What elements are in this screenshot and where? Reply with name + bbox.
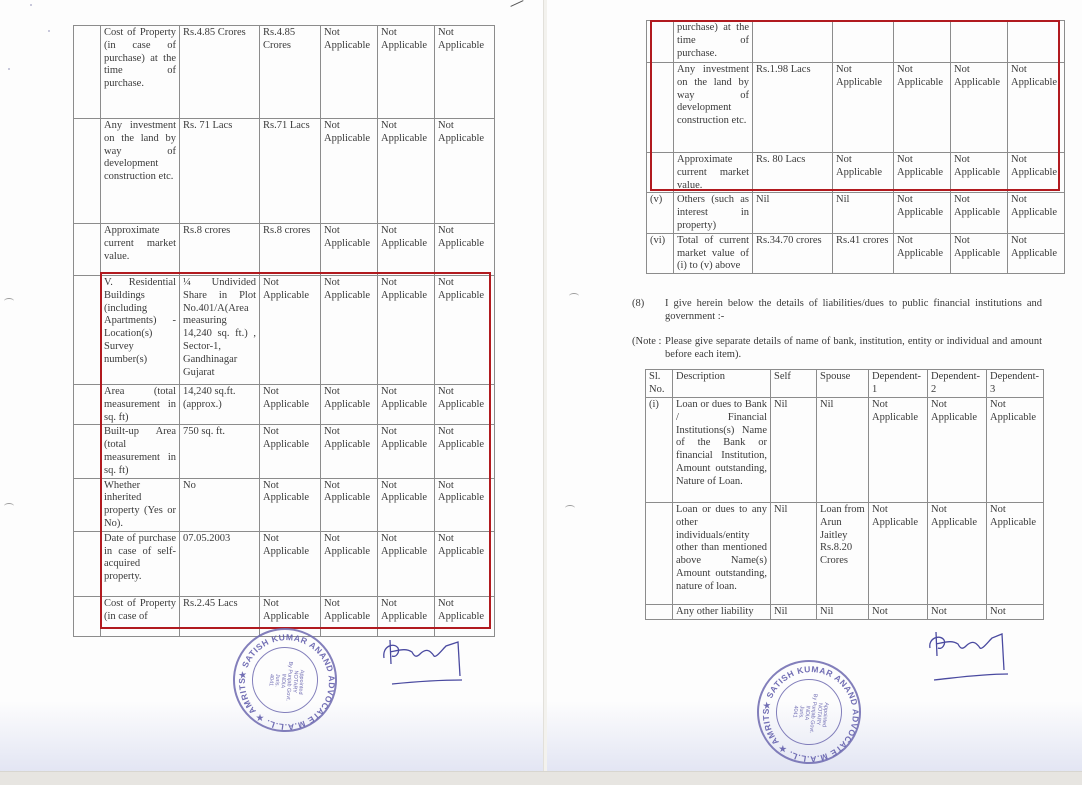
punch-hole-mark [569,293,579,299]
cell-description: Approximate current market value. [101,224,180,276]
cell-dep3: Not Applicable [435,478,495,531]
cell-dep3: Not Applicable [435,531,495,596]
cell-dep3: Not Applicable [435,224,495,276]
cell-dep2: Not Applicable [378,531,435,596]
cell-description: purchase) at the time of purchase. [674,21,753,63]
section-text: I give herein below the details of liabi… [665,297,1042,323]
cell-spouse [833,21,894,63]
table-row: Loan or dues to any other individuals/en… [646,503,1044,605]
cell-description: Built-up Area (total measurement in sq. … [101,425,180,478]
table-row: Area (total measurement in sq. ft)14,240… [74,385,495,425]
cell-sl: (i) [646,398,673,503]
note-paragraph: (Note : Please give separate details of … [632,335,1042,361]
cell-description: Cost of Property (in case of [101,596,180,636]
cell-description: V. Residential Buildings (including Apar… [101,276,180,385]
cell-dep2: Not Applicable [928,503,987,605]
cell-dep2: Not Applicable [378,385,435,425]
cell-dep2: Not Applicable [951,153,1008,193]
cell-sl [74,531,101,596]
cell-dep2: Not Applicable [378,26,435,119]
table-row: Date of purchase in case of self-acquire… [74,531,495,596]
cell-self: Rs.8 crores [180,224,260,276]
note-text: Please give separate details of name of … [665,335,1042,361]
cell-dep2: Not Applicable [378,478,435,531]
cell-spouse: Rs.41 crores [833,233,894,273]
column-header: Sl. No. [646,370,673,398]
table-row: Any other liabilityNilNilNotNotNot [646,605,1044,620]
cell-dep2: Not Applicable [951,63,1008,153]
cell-description: Others (such as interest in property) [674,193,753,233]
cell-sl [74,224,101,276]
punch-hole-mark [565,505,575,511]
scan-artifact [48,30,50,32]
cell-dep3: Not Applicable [435,26,495,119]
cell-sl [74,596,101,636]
cell-sl [647,63,674,153]
cell-dep3: Not Applicable [435,385,495,425]
cell-self: 750 sq. ft. [180,425,260,478]
cell-dep1: Not Applicable [321,224,378,276]
table-row: Any investment on the land by way of dev… [647,63,1065,153]
cell-spouse: Not Applicable [260,425,321,478]
table-row: (vi)Total of current market value of (i)… [647,233,1065,273]
section-number: (8) [632,297,644,310]
cell-self: Rs.34.70 crores [753,233,833,273]
cell-dep1: Not Applicable [321,276,378,385]
signature [378,636,468,696]
table-row: Built-up Area (total measurement in sq. … [74,425,495,478]
column-header: Spouse [817,370,869,398]
table-row: purchase) at the time of purchase. [647,21,1065,63]
cell-sl [74,425,101,478]
cell-dep2: Not Applicable [378,276,435,385]
pen-mark [510,0,523,7]
punch-hole-mark [4,298,14,304]
cell-dep3: Not [987,605,1044,620]
cell-sl [74,385,101,425]
cell-sl [646,605,673,620]
assets-table-right: purchase) at the time of purchase.Any in… [646,20,1065,274]
cell-dep3 [1008,21,1065,63]
cell-dep1: Not [869,605,928,620]
cell-dep1: Not Applicable [869,503,928,605]
cell-dep2: Not Applicable [378,224,435,276]
column-header: Self [771,370,817,398]
cell-sl [647,21,674,63]
table-row: (v)Others (such as interest in property)… [647,193,1065,233]
cell-dep1: Not Applicable [321,478,378,531]
cell-spouse: Nil [833,193,894,233]
cell-dep3: Not Applicable [987,398,1044,503]
cell-dep1: Not Applicable [894,153,951,193]
cell-spouse: Not Applicable [260,531,321,596]
cell-spouse: Rs.71 Lacs [260,119,321,224]
cell-dep3: Not Applicable [987,503,1044,605]
cell-dep1: Not Applicable [321,119,378,224]
cell-dep1: Not Applicable [894,193,951,233]
cell-dep2: Not Applicable [378,425,435,478]
cell-sl [646,503,673,605]
cell-spouse: Not Applicable [260,385,321,425]
viewer-bottom-edge [0,771,1082,785]
cell-self: Nil [753,193,833,233]
cell-dep1: Not Applicable [321,596,378,636]
stamp-center-text: AppointedNOTARYBy Punjab Govt.INDIAJuris… [261,657,310,706]
table-row: Cost of Property (in case of purchase) a… [74,26,495,119]
cell-self: Rs.4.85 Crores [180,26,260,119]
cell-sl [74,26,101,119]
column-header: Description [673,370,771,398]
punch-hole-mark [4,503,14,509]
column-header: Dependent-2 [928,370,987,398]
cell-dep1: Not Applicable [869,398,928,503]
table-row: (i)Loan or dues to Bank / Financial Inst… [646,398,1044,503]
cell-description: Loan or dues to any other individuals/en… [673,503,771,605]
cell-sl [74,478,101,531]
cell-spouse: Not Applicable [260,276,321,385]
cell-spouse: Not Applicable [833,63,894,153]
cell-dep1 [894,21,951,63]
cell-dep2: Not Applicable [928,398,987,503]
cell-spouse: Loan from Arun Jaitley Rs.8.20 Crores [817,503,869,605]
cell-dep1: Not Applicable [321,385,378,425]
cell-dep3: Not Applicable [1008,233,1065,273]
cell-self: ¼ Undivided Share in Plot No.401/A(Area … [180,276,260,385]
cell-sl [74,276,101,385]
cell-dep1: Not Applicable [321,531,378,596]
cell-spouse: Nil [817,398,869,503]
column-header: Dependent-1 [869,370,928,398]
cell-spouse: Not Applicable [260,478,321,531]
stamp-center-text: AppointedNOTARYBy Punjab Govt.INDIAJuris… [785,688,836,739]
cell-dep3: Not Applicable [1008,193,1065,233]
cell-self: Rs. 80 Lacs [753,153,833,193]
cell-self: Nil [771,605,817,620]
notary-stamp: ★ SATISH KUMAR ANAND ADVOCATE M.A.L.L. ★… [752,655,866,769]
cell-description: Area (total measurement in sq. ft) [101,385,180,425]
cell-description: Total of current market value of (i) to … [674,233,753,273]
cell-dep1: Not Applicable [321,425,378,478]
cell-description: Cost of Property (in case of purchase) a… [101,26,180,119]
cell-spouse: Rs.8 crores [260,224,321,276]
cell-description: Loan or dues to Bank / Financial Institu… [673,398,771,503]
cell-description: Approximate current market value. [674,153,753,193]
cell-dep3: Not Applicable [435,596,495,636]
cell-dep2 [951,21,1008,63]
table-row: Approximate current market value.Rs. 80 … [647,153,1065,193]
cell-description: Any investment on the land by way of dev… [674,63,753,153]
scan-artifact [30,4,32,6]
cell-description: Date of purchase in case of self-acquire… [101,531,180,596]
cell-self: Nil [771,503,817,605]
cell-self: No [180,478,260,531]
cell-spouse: Rs.4.85 Crores [260,26,321,119]
table-row: Approximate current market value.Rs.8 cr… [74,224,495,276]
cell-spouse: Not Applicable [833,153,894,193]
cell-dep1: Not Applicable [321,26,378,119]
cell-dep2: Not Applicable [951,193,1008,233]
signature [924,630,1014,690]
cell-description: Whether inherited property (Yes or No). [101,478,180,531]
cell-dep3: Not Applicable [1008,153,1065,193]
table-header-row: Sl. No.DescriptionSelfSpouseDependent-1D… [646,370,1044,398]
cell-sl [647,153,674,193]
assets-table-left: Cost of Property (in case of purchase) a… [73,25,495,637]
cell-dep3: Not Applicable [1008,63,1065,153]
cell-dep1: Not Applicable [894,233,951,273]
cell-sl [74,119,101,224]
cell-dep2: Not Applicable [951,233,1008,273]
cell-dep2: Not [928,605,987,620]
table-row: V. Residential Buildings (including Apar… [74,276,495,385]
table-row: Any investment on the land by way of dev… [74,119,495,224]
cell-dep1: Not Applicable [894,63,951,153]
cell-self: Rs.1.98 Lacs [753,63,833,153]
cell-dep2: Not Applicable [378,596,435,636]
cell-self [753,21,833,63]
cell-self: Nil [771,398,817,503]
table-row: Whether inherited property (Yes or No).N… [74,478,495,531]
liabilities-table: Sl. No.DescriptionSelfSpouseDependent-1D… [645,369,1044,620]
notary-stamp: ★ SATISH KUMAR ANAND ADVOCATE M.A.L.L. ★… [229,624,340,735]
cell-dep2: Not Applicable [378,119,435,224]
cell-dep3: Not Applicable [435,425,495,478]
scan-artifact [8,68,10,70]
cell-description: Any other liability [673,605,771,620]
cell-sl: (vi) [647,233,674,273]
cell-self: 14,240 sq.ft. (approx.) [180,385,260,425]
cell-dep3: Not Applicable [435,119,495,224]
cell-sl: (v) [647,193,674,233]
cell-dep3: Not Applicable [435,276,495,385]
cell-self: Rs. 71 Lacs [180,119,260,224]
cell-self: 07.05.2003 [180,531,260,596]
cell-description: Any investment on the land by way of dev… [101,119,180,224]
note-label: (Note : [632,335,661,348]
cell-spouse: Nil [817,605,869,620]
section-8-paragraph: (8) I give herein below the details of l… [632,297,1042,323]
column-header: Dependent-3 [987,370,1044,398]
